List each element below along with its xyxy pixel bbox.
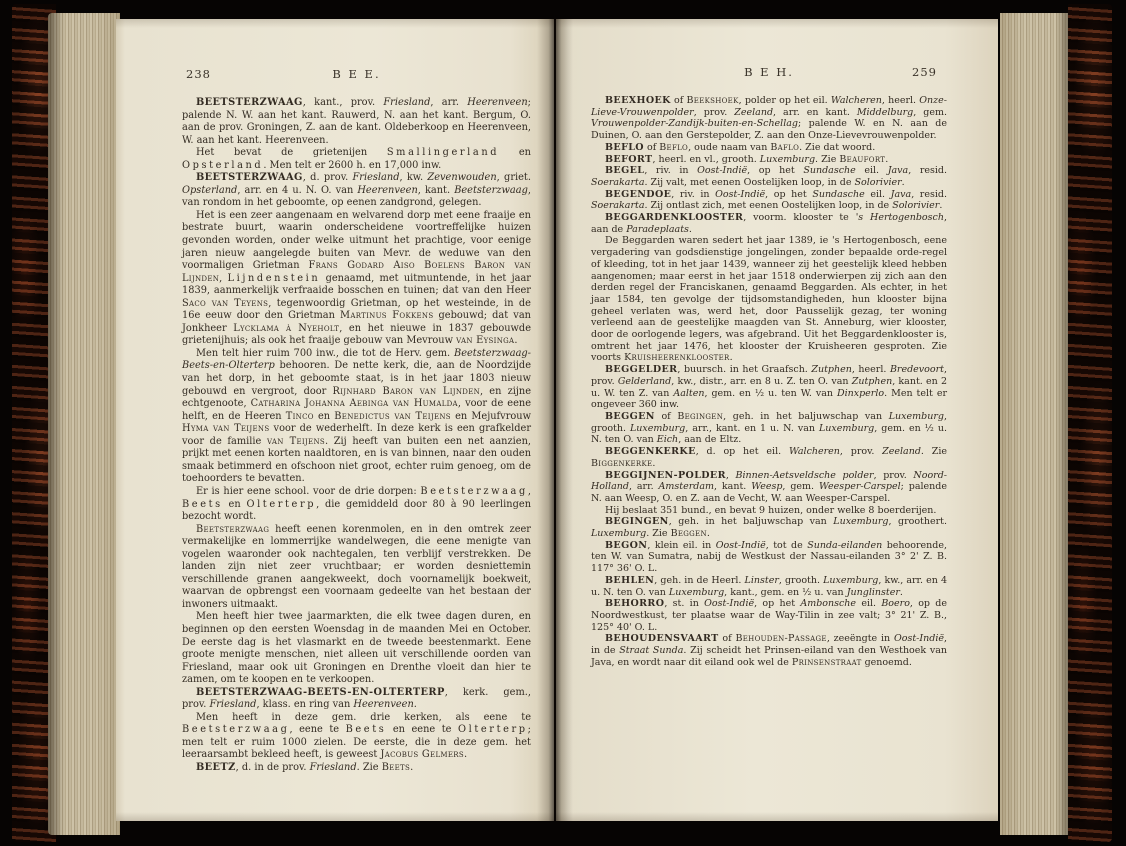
- text-segment: Saco van Teyens: [182, 298, 268, 309]
- text-segment: Smallingerland: [387, 147, 499, 158]
- left-running-title: B E E.: [182, 67, 531, 81]
- text-segment: Oost-Indië: [697, 165, 747, 176]
- text-segment: .: [900, 587, 903, 598]
- book-scan: 238 B E E. BEETSTERZWAAG, kant., prov. F…: [0, 0, 1126, 846]
- paragraph: BEGENDOE, riv. in Oost-Indië, op het Sun…: [591, 189, 947, 212]
- paragraph: BEGINGEN, geh. in het baljuwschap van Lu…: [591, 516, 947, 539]
- text-segment: Zeeland: [734, 107, 773, 118]
- text-segment: Beets: [382, 762, 410, 773]
- paragraph: BEGGELDER, buursch. in het Graafsch. Zut…: [591, 364, 947, 411]
- text-segment: Beetsterzwaag: [182, 724, 289, 735]
- right-page-header: B E H. 259: [591, 65, 947, 80]
- paragraph: BEGON, klein eil. in Oost-Indië, tot de …: [591, 540, 947, 575]
- text-segment: Beggen: [671, 528, 707, 539]
- text-segment: Oost-Indië: [715, 189, 765, 200]
- text-segment: Java: [891, 189, 912, 200]
- text-segment: ,: [219, 273, 227, 284]
- paragraph: BEHLEN, geh. in de Heerl. Linster, groot…: [591, 575, 947, 598]
- paragraph: Men heeft hier twee jaarmarkten, die elk…: [182, 611, 531, 686]
- text-segment: Bredevoort: [890, 364, 944, 375]
- text-segment: Aalten: [673, 388, 704, 399]
- text-segment: , op het: [765, 189, 812, 200]
- text-segment: , voorm. klooster te: [743, 212, 855, 223]
- text-segment: , heerl.: [882, 95, 919, 106]
- text-segment: Beets: [182, 499, 223, 510]
- text-segment: , arr. en kant.: [773, 107, 857, 118]
- text-segment: , klass. en ring van: [256, 699, 353, 710]
- text-segment: Zutphen: [852, 376, 892, 387]
- text-segment: , grooth.: [779, 575, 823, 586]
- text-segment: Oost-Indië: [704, 598, 754, 609]
- text-segment: Heerenveen: [467, 97, 527, 108]
- text-segment: BEHLEN: [605, 575, 654, 586]
- text-segment: .: [707, 528, 710, 539]
- text-segment: Solorivier: [892, 200, 939, 211]
- text-segment: Luxemburg: [823, 575, 878, 586]
- text-segment: , tot de: [766, 540, 808, 551]
- text-segment: , eene te: [289, 724, 345, 735]
- text-segment: Beekshoek: [687, 95, 739, 106]
- text-segment: , d. prov.: [303, 172, 353, 183]
- text-segment: , geh. in het baljuwschap van: [669, 516, 834, 527]
- text-segment: Heerenveen: [353, 699, 413, 710]
- text-segment: Luxemburg: [630, 423, 685, 434]
- text-segment: genoemd.: [862, 657, 912, 668]
- text-segment: , riv. in: [644, 165, 697, 176]
- text-segment: Prinsenstraat: [792, 657, 862, 668]
- text-segment: Behouden-Passage: [735, 633, 826, 644]
- paragraph: Men telt hier ruim 700 inw., die tot de …: [182, 348, 531, 486]
- text-segment: .: [902, 177, 905, 188]
- text-segment: Beetsterzwaag: [420, 486, 527, 497]
- text-segment: .: [410, 762, 413, 773]
- text-segment: Middelburg: [857, 107, 913, 118]
- text-segment: BEGEL: [605, 165, 644, 176]
- right-page-edges: [1000, 13, 1072, 835]
- text-segment: Martinus Fokkens: [340, 310, 433, 321]
- text-segment: Weesp: [751, 481, 782, 492]
- text-segment: BEETZ: [196, 762, 236, 773]
- text-segment: , d. in de prov.: [236, 762, 310, 773]
- text-segment: , buursch. in het Graafsch.: [677, 364, 811, 375]
- text-segment: Sunda-eilanden: [807, 540, 882, 551]
- text-segment: , d. op het eil.: [696, 446, 789, 457]
- text-segment: , arr.: [430, 97, 467, 108]
- text-segment: , st. in: [664, 598, 704, 609]
- text-segment: of: [671, 95, 687, 106]
- text-segment: Friesland: [209, 699, 256, 710]
- text-segment: eil.: [856, 598, 881, 609]
- text-segment: BEGON: [605, 540, 647, 551]
- text-segment: , riv. in: [671, 189, 715, 200]
- text-segment: van Eysinga: [456, 335, 514, 346]
- paragraph: Er is hier eene school. voor de drie dor…: [182, 486, 531, 524]
- text-segment: , heerl. en vl., grooth.: [653, 154, 760, 165]
- paragraph: BEGGEN of Begingen, geh. in het baljuwsc…: [591, 411, 947, 446]
- text-segment: .: [730, 352, 733, 363]
- text-segment: Zevenwouden: [427, 172, 496, 183]
- text-segment: Friesland: [352, 172, 399, 183]
- text-segment: Men heeft hier twee jaarmarkten, die elk…: [182, 611, 531, 685]
- text-segment: , kant., prov.: [303, 97, 384, 108]
- text-segment: Walcheren: [789, 446, 840, 457]
- text-segment: , prov.: [694, 107, 735, 118]
- text-segment: .: [885, 154, 888, 165]
- paragraph: BEETSTERZWAAG, d. prov. Friesland, kw. Z…: [182, 172, 531, 210]
- text-segment: Luxemburg: [833, 516, 888, 527]
- paragraph: BEFORT, heerl. en vl., grooth. Luxemburg…: [591, 154, 947, 166]
- text-segment: BEGINGEN: [605, 516, 669, 527]
- text-segment: BEGGEN: [605, 411, 655, 422]
- text-segment: Zutphen: [811, 364, 851, 375]
- text-segment: Boero: [881, 598, 910, 609]
- text-segment: , griet.: [497, 172, 531, 183]
- text-segment: Beets: [346, 724, 387, 735]
- right-marbled-cover: [1068, 4, 1112, 842]
- paragraph: Het is een zeer aangenaam en welvarend d…: [182, 210, 531, 348]
- text-segment: Rijnhard Baron van Lijnden: [332, 386, 480, 397]
- text-segment: Benedictus van Teijens: [334, 411, 451, 422]
- text-segment: Het bevat de grietenijen: [196, 147, 387, 158]
- text-segment: BEEXHOEK: [605, 95, 671, 106]
- text-segment: , geh. in het baljuwschap van: [723, 411, 889, 422]
- text-segment: , arr., kant. en 1 u. N. van: [685, 423, 819, 434]
- text-segment: Friesland: [383, 97, 430, 108]
- text-segment: . Zij valt, met eenen Oostelijken loop, …: [645, 177, 855, 188]
- text-segment: Binnen-Aetsveldsche polder: [735, 470, 873, 481]
- text-segment: , zeeëngte in: [827, 633, 894, 644]
- text-segment: , heerl.: [852, 364, 890, 375]
- text-segment: Straat Sunda: [619, 645, 683, 656]
- text-segment: eil.: [856, 165, 888, 176]
- text-segment: BEETSTERZWAAG: [196, 97, 303, 108]
- text-segment: Dinxperlo: [837, 388, 884, 399]
- text-segment: of: [719, 633, 736, 644]
- text-segment: en: [314, 411, 334, 422]
- paragraph: BEETSTERZWAAG-BEETS-EN-OLTERTERP, kerk. …: [182, 687, 531, 712]
- text-segment: , op het: [747, 165, 803, 176]
- paragraph: BEGGENKERKE, d. op het eil. Walcheren, p…: [591, 446, 947, 469]
- text-segment: eil.: [865, 189, 891, 200]
- text-segment: Er is hier eene school. voor de drie dor…: [196, 486, 420, 497]
- text-segment: Luxemburg: [889, 411, 944, 422]
- text-segment: . Zij ontlast zich, met eenen Oostelijke…: [645, 200, 893, 211]
- text-segment: , gem.: [913, 107, 947, 118]
- text-segment: Catharina Johanna Aebinga van Humalda: [251, 398, 458, 409]
- text-segment: Zeeland: [882, 446, 921, 457]
- text-segment: , kw.: [399, 172, 427, 183]
- text-segment: Solorivier: [855, 177, 902, 188]
- text-segment: Luxemburg: [669, 587, 724, 598]
- text-segment: De Beggarden waren sedert het jaar 1389,…: [591, 235, 947, 363]
- paragraph: BEEXHOEK of Beekshoek, polder op het eil…: [591, 95, 947, 142]
- text-segment: . Zie: [646, 528, 670, 539]
- text-segment: Vrouwenpolder-Zandijk-buiten-en-Schellag: [591, 118, 798, 129]
- text-segment: BEFLO: [605, 142, 644, 153]
- text-segment: , op het: [754, 598, 800, 609]
- text-segment: en: [499, 147, 531, 158]
- text-segment: Beflo: [659, 142, 688, 153]
- text-segment: Oost-Indië: [716, 540, 766, 551]
- text-segment: . Men telt er 2600 h. en 17,000 inw.: [263, 160, 441, 171]
- text-segment: , arr. en 4 u. N. O. van: [237, 185, 357, 196]
- text-segment: , arr.: [629, 481, 659, 492]
- text-segment: Beaufort: [839, 154, 885, 165]
- text-segment: Friesland: [310, 762, 357, 773]
- text-segment: BEFORT: [605, 154, 653, 165]
- text-segment: Opsterland: [182, 185, 237, 196]
- paragraph: Het bevat de grietenijen Smallingerland …: [182, 147, 531, 172]
- text-segment: Paradeplaats: [626, 224, 689, 235]
- text-segment: , klein eil. in: [647, 540, 715, 551]
- left-page: 238 B E E. BEETSTERZWAAG, kant., prov. F…: [116, 19, 554, 821]
- paragraph: BEHOUDENSVAART of Behouden-Passage, zeeë…: [591, 633, 947, 668]
- text-segment: .: [689, 224, 692, 235]
- text-segment: , kw., distr., arr. en 8 u. Z. ten O. va…: [671, 376, 852, 387]
- text-segment: . Zie: [921, 446, 947, 457]
- text-segment: .: [514, 335, 517, 346]
- text-segment: , prov.: [874, 470, 914, 481]
- text-segment: , oude naam van: [688, 142, 770, 153]
- text-segment: heeft eenen korenmolen, en in den omtrek…: [182, 524, 531, 610]
- paragraph: BEGEL, riv. in Oost-Indië, op het Sundas…: [591, 165, 947, 188]
- left-page-edges: [48, 13, 120, 835]
- text-segment: Sundasche: [803, 165, 855, 176]
- text-segment: Gelderland: [618, 376, 671, 387]
- text-segment: , aan de Eltz.: [678, 434, 741, 445]
- text-segment: Oost-Indië: [894, 633, 944, 644]
- text-segment: of: [655, 411, 678, 422]
- right-page: B E H. 259 BEEXHOEK of Beekshoek, polder…: [556, 19, 998, 821]
- text-segment: , groothert.: [889, 516, 947, 527]
- text-segment: van Teijens: [267, 436, 325, 447]
- text-segment: Linster: [745, 575, 779, 586]
- paragraph: BEHORRO, st. in Oost-Indië, op het Ambon…: [591, 598, 947, 633]
- left-page-body: BEETSTERZWAAG, kant., prov. Friesland, a…: [182, 97, 531, 775]
- paragraph: BEETSTERZWAAG, kant., prov. Friesland, a…: [182, 97, 531, 147]
- text-segment: . Zie: [357, 762, 382, 773]
- text-segment: en eene te: [386, 724, 458, 735]
- text-segment: Heerenveen: [357, 185, 417, 196]
- text-segment: , kant.: [418, 185, 454, 196]
- text-segment: , kant.: [714, 481, 751, 492]
- text-segment: Lijndenstein: [228, 273, 321, 284]
- text-segment: , resid.: [911, 189, 947, 200]
- paragraph: BEGGIJNEN-POLDER, Binnen-Aetsveldsche po…: [591, 470, 947, 505]
- text-segment: Begingen: [677, 411, 723, 422]
- paragraph: BEGGARDENKLOOSTER, voorm. klooster te 's…: [591, 212, 947, 235]
- text-segment: Luxemburg: [819, 423, 874, 434]
- text-segment: Olterterp: [246, 499, 316, 510]
- paragraph: Men heeft in deze gem. drie kerken, als …: [182, 712, 531, 762]
- paragraph: De Beggarden waren sedert het jaar 1389,…: [591, 235, 947, 364]
- text-segment: Men heeft in deze gem. drie kerken, als …: [196, 712, 531, 723]
- text-segment: en: [223, 499, 247, 510]
- left-page-header: 238 B E E.: [182, 67, 531, 82]
- text-segment: Eich: [657, 434, 678, 445]
- text-segment: Olterterp: [458, 724, 528, 735]
- paragraph: Beetsterzwaag heeft eenen korenmolen, en…: [182, 524, 531, 612]
- text-segment: Luxemburg: [760, 154, 815, 165]
- text-segment: BEGGENKERKE: [605, 446, 696, 457]
- text-segment: Amsterdam: [659, 481, 714, 492]
- text-segment: 's Hertogenbosch: [856, 212, 944, 223]
- text-segment: Soerakarta: [591, 177, 645, 188]
- text-segment: BEETSTERZWAAG-BEETS-EN-OLTERTERP: [196, 687, 445, 698]
- paragraph: BEETZ, d. in de prov. Friesland. Zie Bee…: [182, 762, 531, 775]
- text-segment: Beetsterzwaag: [196, 524, 269, 535]
- text-segment: . Zie: [815, 154, 839, 165]
- text-segment: BEETSTERZWAAG: [196, 172, 303, 183]
- text-segment: . Zie dat woord.: [799, 142, 875, 153]
- text-segment: en Mejufvrouw: [451, 411, 531, 422]
- text-segment: Luxemburg: [591, 528, 646, 539]
- text-segment: Jacobus Gelmers: [380, 749, 463, 760]
- text-segment: , kant., gem. en ½ u. van: [724, 587, 847, 598]
- text-segment: Java: [888, 165, 909, 176]
- text-segment: Baflo: [770, 142, 799, 153]
- text-segment: .: [414, 699, 417, 710]
- text-segment: of: [644, 142, 659, 153]
- right-page-body: BEEXHOEK of Beekshoek, polder op het eil…: [591, 95, 947, 668]
- text-segment: BEGGELDER: [605, 364, 677, 375]
- text-segment: Tinco: [286, 411, 314, 422]
- text-segment: Men telt hier ruim 700 inw., die tot de …: [196, 348, 454, 359]
- text-segment: Weesper-Carspel: [819, 481, 901, 492]
- text-segment: , polder op het eil.: [739, 95, 831, 106]
- text-segment: Walcheren: [831, 95, 882, 106]
- text-segment: , gem.: [782, 481, 819, 492]
- text-segment: Ambonsche: [800, 598, 856, 609]
- text-segment: , resid.: [908, 165, 947, 176]
- text-segment: , prov.: [840, 446, 882, 457]
- text-segment: Lycklama à Nyeholt: [233, 323, 339, 334]
- text-segment: Kruisheerenklooster: [624, 352, 730, 363]
- text-segment: Junglinster: [847, 587, 900, 598]
- text-segment: Biggenkerke: [591, 458, 652, 469]
- text-segment: Soerakarta: [591, 200, 645, 211]
- right-running-title: B E H.: [591, 65, 947, 79]
- right-page-number: 259: [912, 65, 937, 79]
- text-segment: Hij beslaat 351 bund., en bevat 9 huizen…: [605, 505, 936, 516]
- text-segment: Sundasche: [812, 189, 864, 200]
- text-segment: BEGGIJNEN-POLDER: [605, 470, 726, 481]
- text-segment: BEHORRO: [605, 598, 664, 609]
- text-segment: , gem. en ½ u. ten W. van: [704, 388, 837, 399]
- text-segment: , geh. in de Heerl.: [654, 575, 744, 586]
- text-segment: BEGENDOE: [605, 189, 671, 200]
- text-segment: Beetsterzwaag: [454, 185, 528, 196]
- text-segment: BEGGARDENKLOOSTER: [605, 212, 743, 223]
- text-segment: .: [939, 200, 942, 211]
- paragraph: BEFLO of Beflo, oude naam van Baflo. Zie…: [591, 142, 947, 154]
- text-segment: BEHOUDENSVAART: [605, 633, 719, 644]
- text-segment: Hyma van Teijens: [182, 423, 269, 434]
- text-segment: ,: [528, 486, 531, 497]
- text-segment: .: [652, 458, 655, 469]
- text-segment: Opsterland: [182, 160, 263, 171]
- text-segment: .: [464, 749, 467, 760]
- paragraph: Hij beslaat 351 bund., en bevat 9 huizen…: [591, 505, 947, 517]
